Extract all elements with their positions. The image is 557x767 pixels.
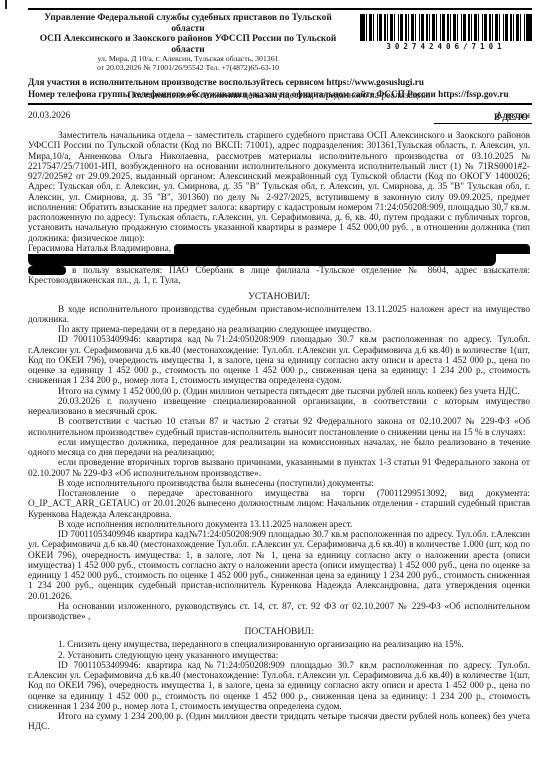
resolution-item-1: 1. Снизить цену имущества, переданного в… [28, 640, 530, 650]
heading-postanovil: ПОСТАНОВИЛ: [28, 626, 530, 637]
heading-ustanovil: УСТАНОВИЛ: [28, 291, 530, 302]
document-title: Постановление о снижении цены имущества,… [28, 90, 530, 101]
redaction-bar [174, 244, 530, 254]
barcode-icon [360, 14, 532, 41]
paragraph-property-detail: ID 70011053409946 квартира кад№71:24:050… [28, 530, 530, 602]
redaction-bar [28, 254, 496, 266]
issuer-org-line1: Управление Федеральной службы судебных п… [28, 13, 348, 34]
debtor-name: Герасимова Наталья Владимировна, [28, 244, 171, 254]
issuer-block: Управление Федеральной службы судебных п… [28, 13, 348, 73]
debtor-line: Герасимова Наталья Владимировна, [28, 244, 530, 254]
paragraph-intro: Заместитель начальника отдела – заместит… [28, 131, 530, 244]
paragraph-creditor: в пользу взыскателя: ПАО Сбербанк в лице… [28, 266, 530, 287]
issuer-org-line2: ОСП Алексинского и Заокского районов УФС… [28, 34, 348, 55]
paragraph-case-commission: если имущество должника, переданное для … [28, 438, 530, 459]
document-date: 20.03.2026 [28, 111, 70, 121]
paragraph-total-original: Итого на сумму 1 452 000,00 р. (Один мил… [28, 387, 530, 397]
redaction-bar [28, 266, 66, 275]
paragraph-notice-unrealized: 20.03.2026 г. получено извещение специал… [28, 397, 530, 418]
paragraph-law-basis: В соответствии с частью 10 статьи 87 и ч… [28, 417, 530, 438]
barcode-digits: 302742406/7101 [360, 42, 532, 51]
resolution-property-item: ID 70011053409946: квартира кад№71:24:05… [28, 661, 530, 712]
gosuslugi-notice: Для участия в исполнительном производств… [28, 77, 532, 88]
issuer-ref-number: от 20.03.2026 № 71001/26/95542 Тел. +7(4… [28, 64, 348, 73]
barcode-block: 302742406/7101 [360, 14, 532, 51]
document-city: Алексин [496, 111, 530, 121]
scan-edge-artifact [5, 0, 7, 9]
creditor-text: в пользу взыскателя: ПАО Сбербанк в лице… [28, 266, 530, 286]
paragraph-auction-resolution: Постановление о передаче арестованного и… [28, 489, 530, 520]
document-page: Управление Федеральной службы судебных п… [0, 0, 557, 767]
letterhead-top-rule [28, 8, 532, 10]
paragraph-property-item: ID 70011053409946: квартира кад№71:24:05… [28, 335, 530, 386]
document-body: Постановление о снижении цены имущества,… [28, 88, 530, 733]
resolution-item-2: 2. Установить следующую цену указанного … [28, 651, 530, 661]
paragraph-transfer-act: По акту приема-передачи от в передано на… [28, 325, 530, 335]
paragraph-documents-issued: В ходе исполнительного производства были… [28, 479, 530, 489]
resolution-total-reduced: Итого на сумму 1 234 200,00 р. (Один мил… [28, 712, 530, 733]
paragraph-legal-grounds: На основании изложенного, руководствуясь… [28, 602, 530, 623]
paragraph-case-secondary-auction: если проведение вторичных торгов вызвано… [28, 458, 530, 479]
paragraph-arrest: В ходе исполнительного производства суде… [28, 305, 530, 326]
paragraph-arrest-date: В ходе исполнения исполнительного докуме… [28, 520, 530, 530]
